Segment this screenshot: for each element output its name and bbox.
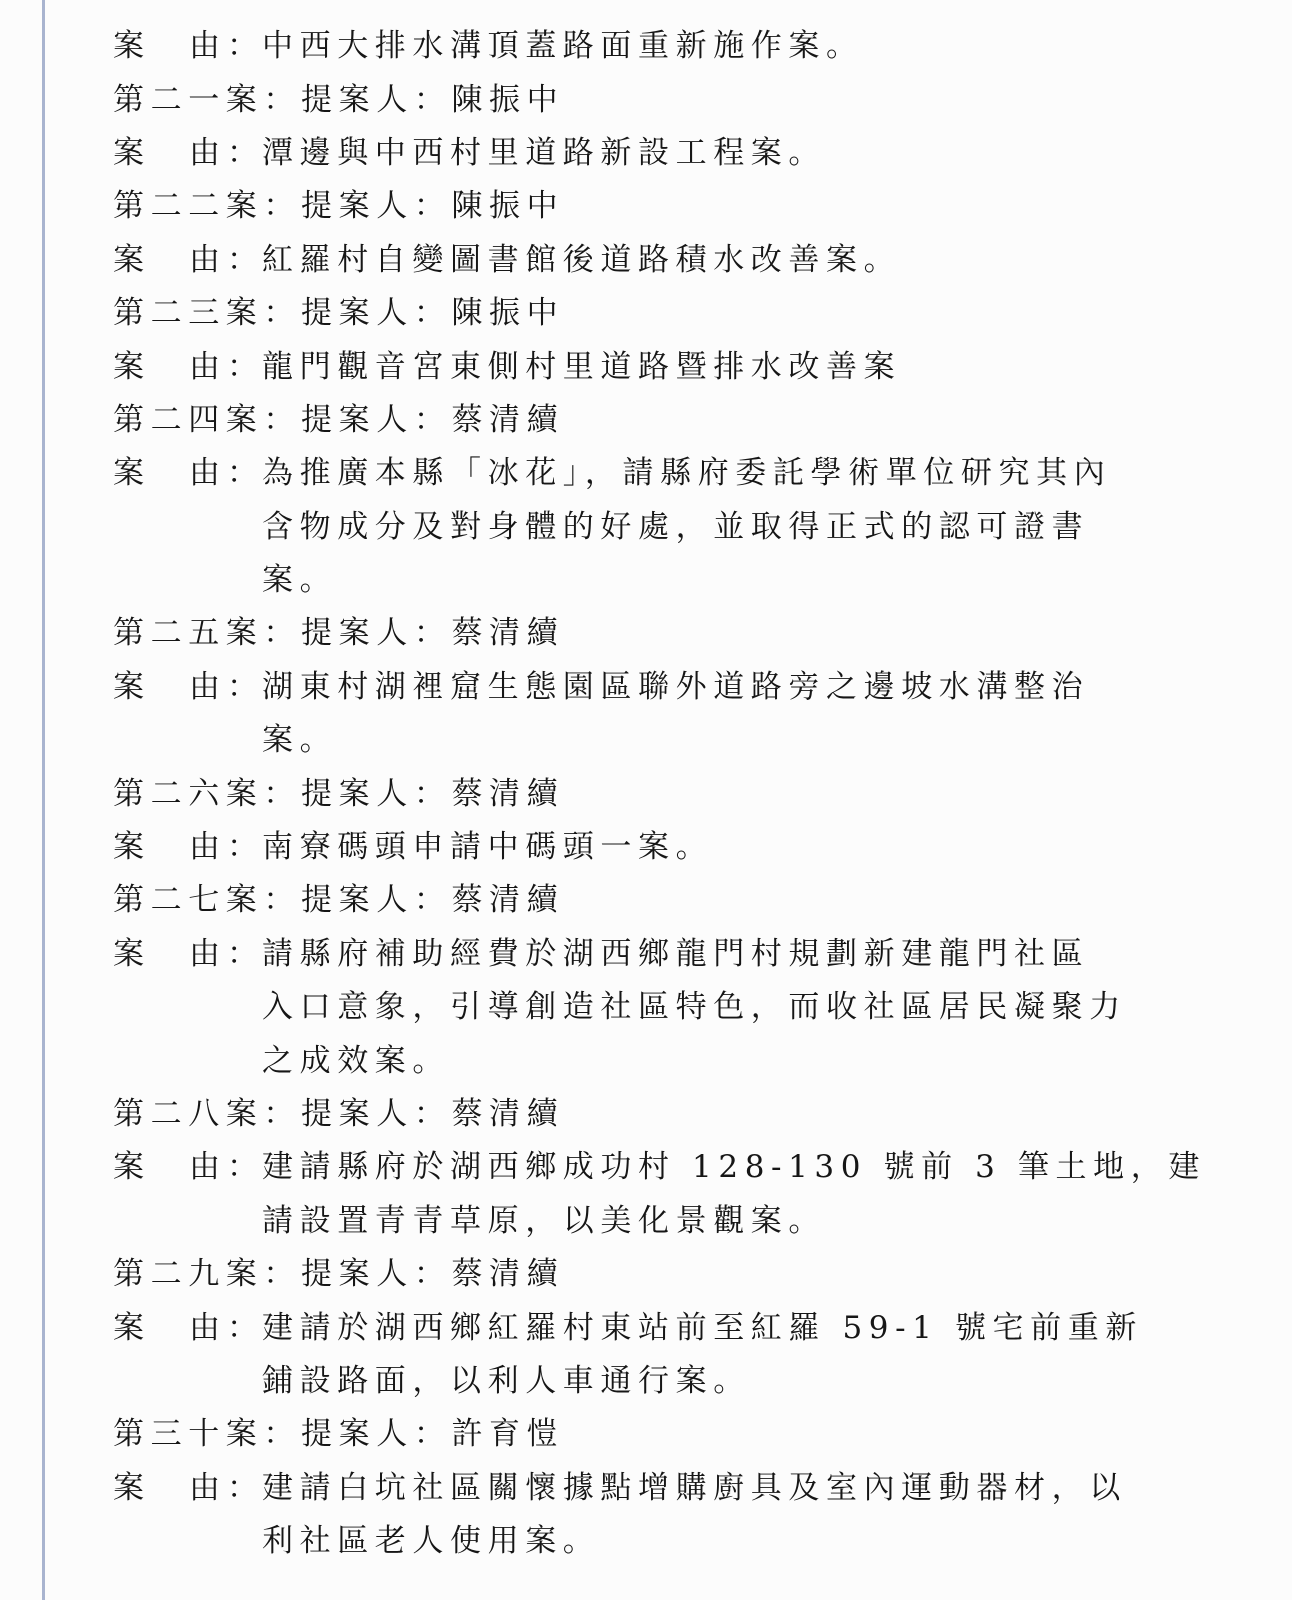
proposal-list: 案由： 中西大排水溝頂蓋路面重新施作案。 第二一案：提案人：陳振中 案由： 潭邊… — [113, 16, 1153, 1564]
reason-continuation: 請設置青青草原，以美化景觀案。 — [113, 1191, 1153, 1244]
reason-label: 案由： — [113, 127, 262, 172]
reason-label: 案由： — [113, 928, 262, 973]
reason-line: 案由： 潭邊與中西村里道路新設工程案。 — [113, 123, 1153, 176]
reason-text: 案。 — [262, 714, 337, 759]
proposal-header: 第二四案：提案人：蔡清續 — [113, 390, 1153, 443]
proposal-number: 第二三案 — [113, 287, 263, 332]
proposal-header: 第二五案：提案人：蔡清續 — [113, 603, 1153, 656]
reason-line: 案由： 建請於湖西鄉紅羅村東站前至紅羅 59-1 號宅前重新 — [113, 1297, 1153, 1350]
proposer-name: 蔡清續 — [451, 607, 564, 652]
reason-line: 案由： 請縣府補助經費於湖西鄉龍門村規劃新建龍門社區 — [113, 924, 1153, 977]
reason-label: 案由： — [113, 341, 262, 386]
reason-line: 案由： 為推廣本縣「冰花」，請縣府委託學術單位研究其內 — [113, 443, 1153, 496]
separator: ： — [414, 394, 452, 439]
separator: ： — [414, 287, 452, 332]
reason-text: 龍門觀音宮東側村里道路暨排水改善案 — [262, 341, 901, 386]
proposer-label: 提案人 — [301, 607, 414, 652]
proposer-label: 提案人 — [301, 874, 414, 919]
reason-text: 請設置青青草原，以美化景觀案。 — [262, 1195, 826, 1240]
reason-continuation: 鋪設路面，以利人車通行案。 — [113, 1351, 1153, 1404]
proposal-number: 第二七案 — [113, 874, 263, 919]
proposal-header: 第二七案：提案人：蔡清續 — [113, 870, 1153, 923]
proposer-name: 蔡清續 — [451, 394, 564, 439]
separator: ： — [263, 180, 301, 225]
reason-text: 建請縣府於湖西鄉成功村 128-130 號前 3 筆土地，建 — [262, 1141, 1206, 1186]
reason-line: 案由： 建請縣府於湖西鄉成功村 128-130 號前 3 筆土地，建 — [113, 1137, 1153, 1190]
proposal-header: 第三十案：提案人：許育愷 — [113, 1404, 1153, 1457]
reason-text: 潭邊與中西村里道路新設工程案。 — [262, 127, 826, 172]
reason-label: 案由： — [113, 20, 262, 65]
separator: ： — [263, 768, 301, 813]
separator: ： — [414, 1248, 452, 1293]
reason-text: 含物成分及對身體的好處，並取得正式的認可證書 — [262, 501, 1089, 546]
proposal-number: 第二五案 — [113, 607, 263, 652]
reason-line: 案由： 中西大排水溝頂蓋路面重新施作案。 — [113, 16, 1153, 69]
separator: ： — [414, 74, 452, 119]
separator: ： — [414, 607, 452, 652]
reason-text: 湖東村湖裡窟生態園區聯外道路旁之邊坡水溝整治 — [262, 661, 1089, 706]
separator: ： — [414, 874, 452, 919]
proposer-label: 提案人 — [301, 394, 414, 439]
proposer-name: 蔡清續 — [451, 1248, 564, 1293]
reason-continuation: 利社區老人使用案。 — [113, 1511, 1153, 1564]
proposer-label: 提案人 — [301, 1248, 414, 1293]
proposal-number: 第二九案 — [113, 1248, 263, 1293]
proposal-header: 第二九案：提案人：蔡清續 — [113, 1244, 1153, 1297]
reason-line: 案由： 建請白坑社區關懷據點增購廚具及室內運動器材，以 — [113, 1458, 1153, 1511]
reason-label: 案由： — [113, 447, 262, 492]
reason-continuation: 含物成分及對身體的好處，並取得正式的認可證書 — [113, 497, 1153, 550]
separator: ： — [414, 180, 452, 225]
separator: ： — [414, 1088, 452, 1133]
proposal-number: 第二四案 — [113, 394, 263, 439]
separator: ： — [414, 1408, 452, 1453]
proposal-header: 第二二案：提案人：陳振中 — [113, 176, 1153, 229]
proposer-name: 蔡清續 — [451, 874, 564, 919]
reason-text: 中西大排水溝頂蓋路面重新施作案。 — [262, 20, 864, 65]
proposal-header: 第二八案：提案人：蔡清續 — [113, 1084, 1153, 1137]
reason-continuation: 入口意象，引導創造社區特色，而收社區居民凝聚力 — [113, 977, 1153, 1030]
proposer-label: 提案人 — [301, 1408, 414, 1453]
reason-text: 利社區老人使用案。 — [262, 1515, 600, 1560]
separator: ： — [263, 1408, 301, 1453]
proposer-name: 蔡清續 — [451, 1088, 564, 1133]
reason-line: 案由： 湖東村湖裡窟生態園區聯外道路旁之邊坡水溝整治 — [113, 657, 1153, 710]
reason-text: 請縣府補助經費於湖西鄉龍門村規劃新建龍門社區 — [262, 928, 1089, 973]
separator: ： — [263, 1088, 301, 1133]
proposer-name: 蔡清續 — [451, 768, 564, 813]
reason-text: 入口意象，引導創造社區特色，而收社區居民凝聚力 — [262, 981, 1127, 1026]
reason-label: 案由： — [113, 661, 262, 706]
separator: ： — [263, 607, 301, 652]
separator: ： — [263, 74, 301, 119]
proposal-header: 第二一案：提案人：陳振中 — [113, 69, 1153, 122]
reason-text: 南寮碼頭申請中碼頭一案。 — [262, 821, 713, 866]
proposal-number: 第二八案 — [113, 1088, 263, 1133]
reason-label: 案由： — [113, 234, 262, 279]
proposer-name: 陳振中 — [451, 74, 564, 119]
proposer-label: 提案人 — [301, 768, 414, 813]
separator: ： — [263, 287, 301, 332]
reason-text: 建請於湖西鄉紅羅村東站前至紅羅 59-1 號宅前重新 — [262, 1302, 1143, 1347]
separator: ： — [263, 394, 301, 439]
separator: ： — [263, 1248, 301, 1293]
proposer-label: 提案人 — [301, 180, 414, 225]
reason-text: 為推廣本縣「冰花」，請縣府委託學術單位研究其內 — [262, 447, 1111, 492]
proposal-header: 第二三案：提案人：陳振中 — [113, 283, 1153, 336]
reason-label: 案由： — [113, 1462, 262, 1507]
reason-label: 案由： — [113, 1302, 262, 1347]
reason-text: 鋪設路面，以利人車通行案。 — [262, 1355, 751, 1400]
proposal-header: 第二六案：提案人：蔡清續 — [113, 763, 1153, 816]
reason-continuation: 案。 — [113, 710, 1153, 763]
reason-continuation: 之成效案。 — [113, 1030, 1153, 1083]
separator: ： — [263, 874, 301, 919]
proposal-number: 第二一案 — [113, 74, 263, 119]
reason-label: 案由： — [113, 1141, 262, 1186]
reason-text: 建請白坑社區關懷據點增購廚具及室內運動器材，以 — [262, 1462, 1127, 1507]
proposer-label: 提案人 — [301, 74, 414, 119]
reason-text: 案。 — [262, 554, 337, 599]
scanned-page: 案由： 中西大排水溝頂蓋路面重新施作案。 第二一案：提案人：陳振中 案由： 潭邊… — [0, 0, 1292, 1600]
reason-text: 之成效案。 — [262, 1035, 450, 1080]
proposal-number: 第二六案 — [113, 768, 263, 813]
proposal-number: 第二二案 — [113, 180, 263, 225]
reason-line: 案由： 龍門觀音宮東側村里道路暨排水改善案 — [113, 336, 1153, 389]
reason-label: 案由： — [113, 821, 262, 866]
proposal-number: 第三十案 — [113, 1408, 263, 1453]
proposer-name: 陳振中 — [451, 287, 564, 332]
reason-line: 案由： 南寮碼頭申請中碼頭一案。 — [113, 817, 1153, 870]
reason-text: 紅羅村自變圖書館後道路積水改善案。 — [262, 234, 901, 279]
proposer-label: 提案人 — [301, 287, 414, 332]
proposer-name: 陳振中 — [451, 180, 564, 225]
separator: ： — [414, 768, 452, 813]
reason-line: 案由： 紅羅村自變圖書館後道路積水改善案。 — [113, 230, 1153, 283]
proposer-label: 提案人 — [301, 1088, 414, 1133]
reason-continuation: 案。 — [113, 550, 1153, 603]
left-margin-rule — [42, 0, 45, 1600]
proposer-name: 許育愷 — [451, 1408, 564, 1453]
